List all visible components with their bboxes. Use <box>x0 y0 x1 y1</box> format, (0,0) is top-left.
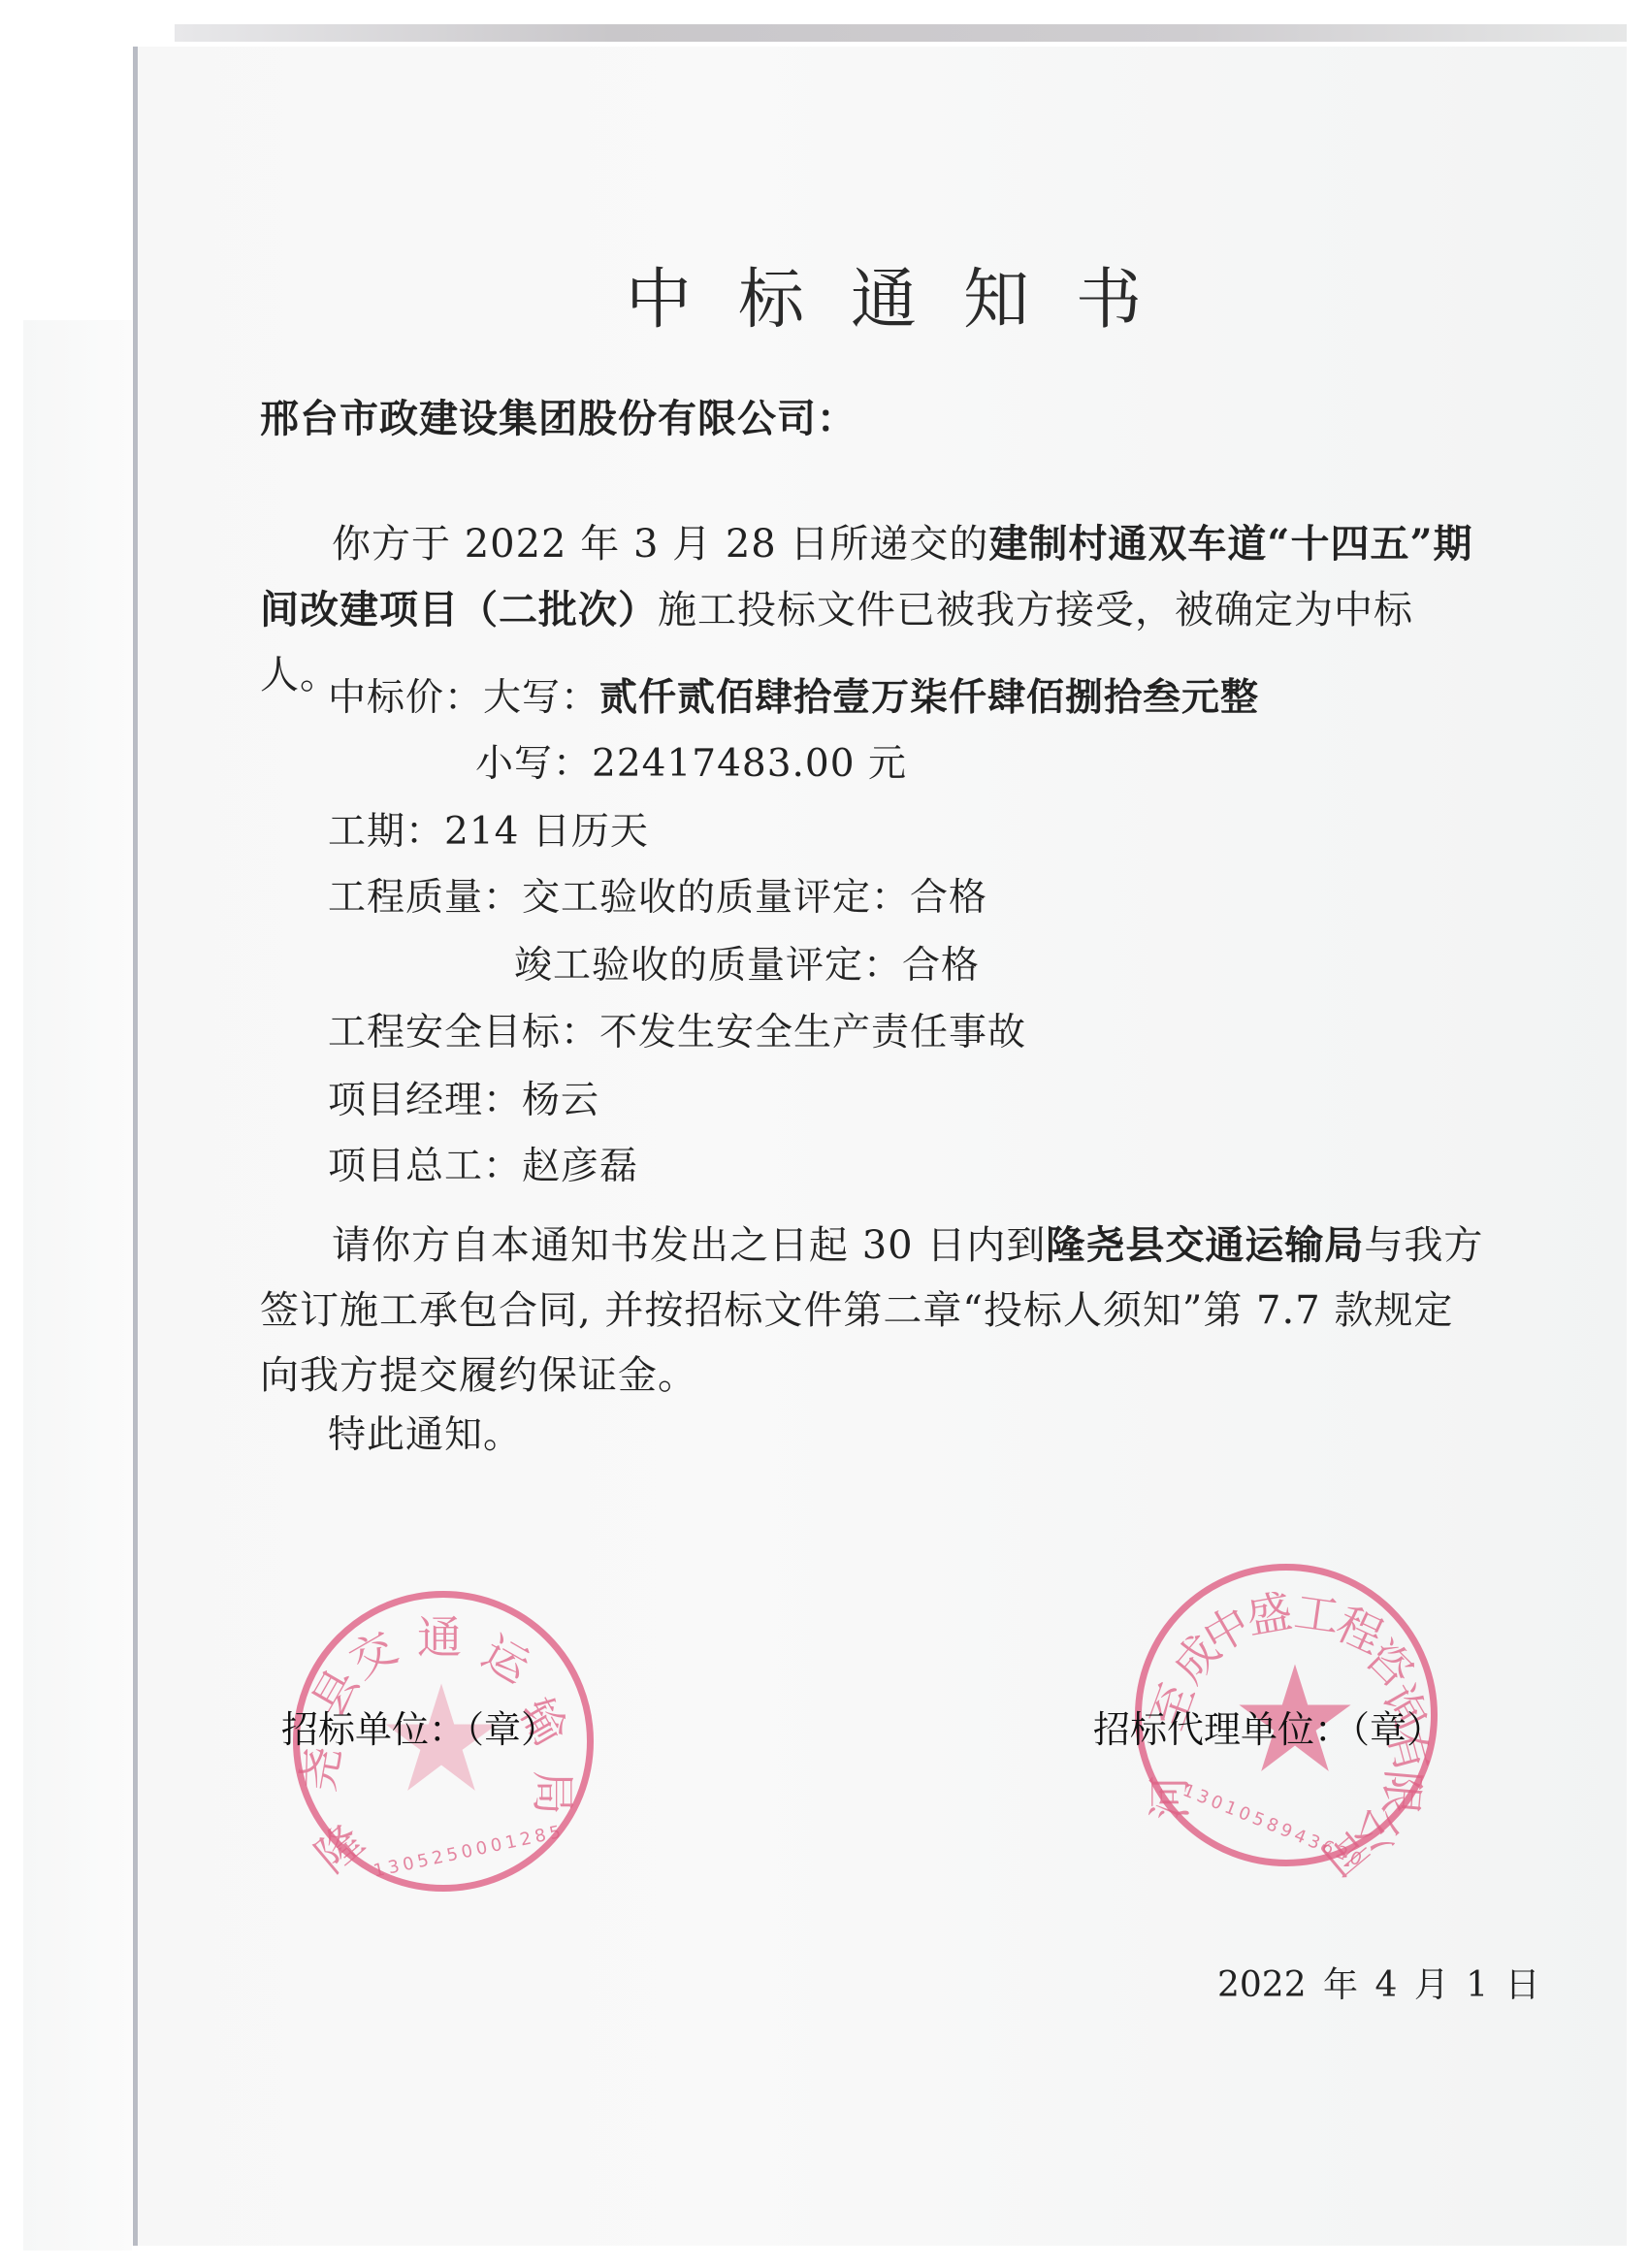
adjacent-page-edge <box>23 320 132 2251</box>
duration-row: 工期：214 日历天 <box>328 813 649 851</box>
closing-text: 特此通知。 <box>328 1416 522 1454</box>
quality-row: 工程质量：交工验收的质量评定：合格 <box>328 879 987 917</box>
quality-completion-row: 竣工验收的质量评定：合格 <box>514 947 980 985</box>
agent-signature-label: 招标代理单位：（章） <box>1093 1700 1443 1753</box>
chief-engineer-row: 项目总工：赵彦磊 <box>328 1148 638 1185</box>
contract-place: 隆尧县交通运输局 <box>1046 1222 1364 1268</box>
duration-value: 214 日历天 <box>444 810 649 854</box>
lowercase-label: 小写： <box>475 742 592 786</box>
lowercase-value: 22417483.00 元 <box>592 742 907 786</box>
project-manager-row: 项目经理：杨云 <box>328 1082 599 1119</box>
scan-shadow-bar <box>175 24 1627 42</box>
uppercase-value: 贰仟贰佰肆拾壹万柒仟肆佰捌拾叁元整 <box>599 675 1259 720</box>
bid-price-label: 中标价： <box>328 676 483 720</box>
quality-label: 工程质量： <box>328 876 522 920</box>
project-manager-value: 杨云 <box>522 1079 599 1122</box>
quality-handover: 交工验收的质量评定：合格 <box>522 876 987 920</box>
uppercase-label: 大写： <box>483 676 599 720</box>
tenderer-stamp-char: 局 <box>524 1770 588 1815</box>
contract-paragraph: 请你方自本通知书发出之日起 30 日内到隆尧县交通运输局与我方签订施工承包合同,… <box>260 1213 1484 1409</box>
chief-engineer-label: 项目总工： <box>328 1145 522 1188</box>
addressee: 邢台市政建设集团股份有限公司： <box>260 400 857 438</box>
bid-price-lowercase-row: 小写：22417483.00 元 <box>475 745 907 783</box>
chief-engineer-value: 赵彦磊 <box>522 1145 638 1188</box>
issue-date: 2022 年 4 月 1 日 <box>1217 1958 1540 2007</box>
contract-prefix: 请你方自本通知书发出之日起 30 日内到 <box>332 1223 1046 1268</box>
document-title: 中标通知书 <box>626 247 1188 341</box>
intro-prefix: 你方于 2022 年 3 月 28 日所递交的 <box>332 522 988 567</box>
safety-goal-value: 不发生安全生产责任事故 <box>599 1011 1026 1054</box>
project-manager-label: 项目经理： <box>328 1079 522 1122</box>
tenderer-signature-label: 招标单位：（章） <box>281 1700 558 1753</box>
safety-goal-label: 工程安全目标： <box>328 1011 599 1054</box>
tenderer-stamp-char: 通 <box>417 1603 462 1667</box>
duration-label: 工期： <box>328 810 444 854</box>
bid-price-row: 中标价：大写：贰仟贰佰肆拾壹万柒仟肆佰捌拾叁元整 <box>328 679 1259 717</box>
safety-goal-row: 工程安全目标：不发生安全生产责任事故 <box>328 1014 1026 1052</box>
